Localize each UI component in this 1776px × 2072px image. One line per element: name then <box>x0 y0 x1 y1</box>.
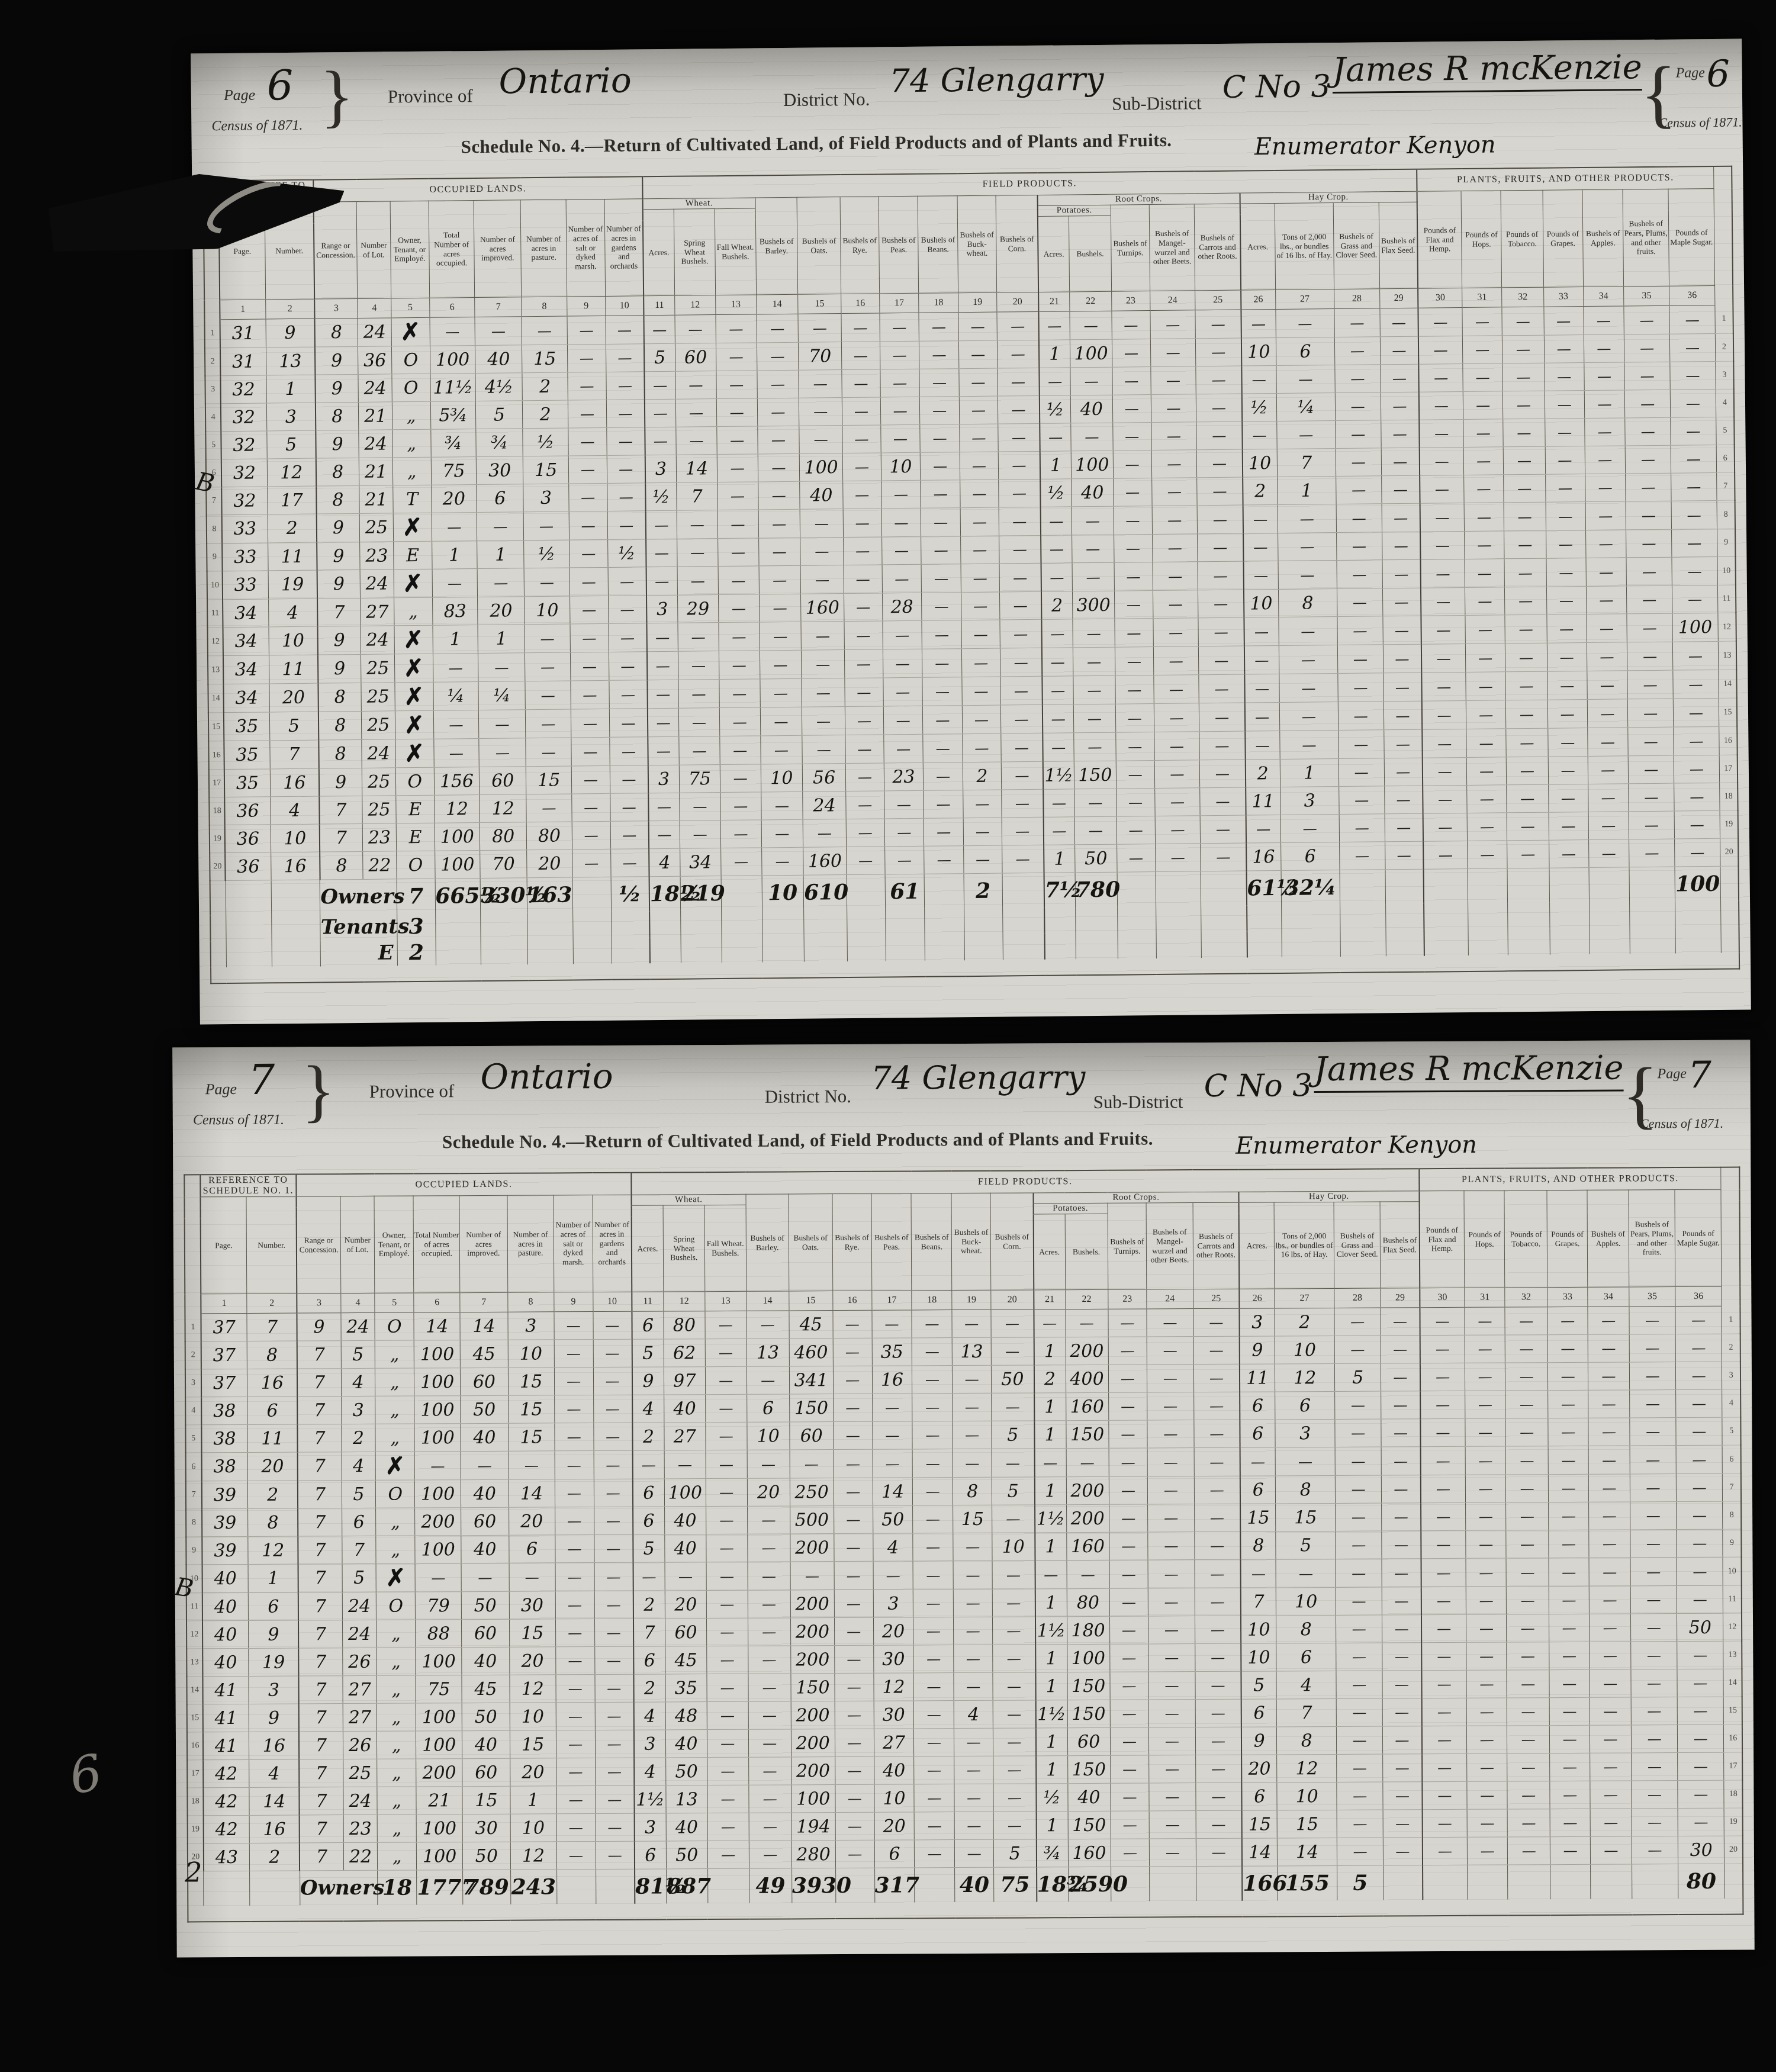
cell: — <box>1632 1809 1678 1836</box>
cell: — <box>1195 1727 1241 1755</box>
cell: 1 <box>477 540 524 569</box>
cell: — <box>567 316 606 345</box>
cell: — <box>608 567 646 596</box>
cell: 10 <box>510 1814 556 1842</box>
totals-cell <box>1003 934 1045 960</box>
cell: — <box>1073 647 1115 676</box>
cell: — <box>1677 1501 1723 1529</box>
cell: — <box>1336 504 1382 533</box>
cell: — <box>1467 813 1507 841</box>
cell: — <box>881 536 921 565</box>
cell: — <box>1275 1447 1335 1475</box>
cell: — <box>1200 787 1246 816</box>
cell: 10 <box>1244 590 1279 618</box>
cell: — <box>1547 1307 1588 1334</box>
cell: 16 <box>872 1366 912 1394</box>
cell: 34 <box>680 848 721 877</box>
cell: 12 <box>510 1842 556 1870</box>
cell: — <box>845 678 883 707</box>
column-header: Bushels of Carrots and other Roots. <box>1193 1202 1240 1289</box>
cell: — <box>912 1310 952 1338</box>
cell: — <box>1590 1809 1632 1836</box>
cell: — <box>922 620 961 649</box>
column-header: Bushels of Buck-wheat. <box>951 1193 991 1290</box>
cell: „ <box>394 597 432 626</box>
cell: 25 <box>343 1759 377 1787</box>
totals-cell <box>847 874 885 909</box>
totals-cell <box>1156 932 1202 958</box>
cell: — <box>596 1841 635 1869</box>
column-number: 31 <box>1465 1288 1505 1307</box>
cell: — <box>1466 1670 1507 1698</box>
cell: — <box>675 399 716 427</box>
cell: „ <box>377 1759 416 1787</box>
cell: — <box>716 371 757 399</box>
row-number-right: 8 <box>1723 1501 1741 1529</box>
cell: — <box>1339 758 1384 787</box>
cell: — <box>606 427 645 456</box>
cell: — <box>1111 1811 1150 1839</box>
totals-cell <box>885 909 925 935</box>
cell: 38 <box>201 1424 247 1452</box>
cell: — <box>1002 817 1044 845</box>
totals-cell <box>1201 906 1247 932</box>
cell: 60 <box>462 1619 509 1647</box>
column-header: Bushels. <box>1069 215 1111 292</box>
cell: 4 <box>268 599 317 627</box>
column-number: 17 <box>871 1291 912 1310</box>
cell: — <box>1588 1334 1629 1362</box>
totals-cell <box>681 937 722 963</box>
cell: 45 <box>462 1675 509 1703</box>
cell: 11 <box>1246 787 1280 816</box>
column-number: 29 <box>1379 288 1418 308</box>
cell: 32 <box>221 487 267 515</box>
cell: — <box>844 593 883 622</box>
row-number-left: 3 <box>185 1369 201 1397</box>
cell: — <box>1385 841 1423 870</box>
cell <box>271 915 320 941</box>
cell: — <box>1421 1670 1466 1698</box>
cell: — <box>1113 451 1151 479</box>
cell: 35 <box>872 1338 912 1366</box>
cell: 10 <box>271 824 320 852</box>
column-number: 12 <box>664 1292 705 1311</box>
cell: — <box>522 316 567 345</box>
cell: — <box>1244 617 1279 646</box>
cell: — <box>1588 1390 1630 1418</box>
cell: 100 <box>1672 613 1718 642</box>
cell: — <box>954 1672 993 1700</box>
cell: 15 <box>1277 1810 1337 1838</box>
cell: — <box>1000 619 1042 648</box>
cell: 5 <box>992 1421 1034 1449</box>
cell: 5 <box>632 1339 664 1367</box>
cell: — <box>1505 700 1547 729</box>
cell: — <box>1070 311 1112 340</box>
cell: — <box>556 1675 595 1703</box>
cell: — <box>1001 733 1043 762</box>
totals-cell <box>1424 929 1469 956</box>
cell: — <box>880 397 920 425</box>
cell: — <box>798 314 841 343</box>
row-number-right: 18 <box>1724 1780 1742 1808</box>
cell: — <box>1280 731 1339 760</box>
cell: — <box>845 706 883 735</box>
right-gutter <box>1713 166 1733 305</box>
cell: — <box>1677 1473 1723 1501</box>
cell: — <box>1507 1726 1550 1754</box>
cell: — <box>953 1393 992 1421</box>
cell: — <box>1195 1616 1241 1643</box>
cell <box>204 1871 250 1906</box>
cell: — <box>479 738 526 767</box>
column-header: Pounds of Maple Sugar. <box>1668 188 1714 286</box>
cell: 60 <box>1067 1727 1110 1755</box>
table-body: 1319824✗———————————————————————————————1… <box>205 305 1740 983</box>
cell: 20 <box>1241 1755 1277 1783</box>
cell: 100 <box>435 850 480 879</box>
column-number: 33 <box>1547 1287 1588 1307</box>
cell: — <box>719 679 760 708</box>
cell: — <box>1504 587 1546 615</box>
cell: — <box>1199 674 1244 703</box>
cell: — <box>1504 474 1546 503</box>
cell: — <box>594 1674 633 1702</box>
row-number-left <box>210 915 226 941</box>
cell: — <box>1198 590 1244 618</box>
cell: — <box>1114 506 1152 535</box>
cell: — <box>1108 1309 1147 1337</box>
cell: 40 <box>462 1647 509 1675</box>
cell: — <box>1150 1839 1196 1867</box>
census-sheet-page-6: Page 6 } Census of 1871. Province of Ont… <box>191 38 1751 1024</box>
cell: 7 <box>298 1508 342 1536</box>
cell: 2 <box>632 1423 664 1450</box>
cell: — <box>992 1505 1035 1533</box>
cell: — <box>913 1533 953 1561</box>
cell: — <box>1632 1753 1678 1781</box>
cell: 8 <box>247 1341 298 1369</box>
column-header: Number of acres improved. <box>474 200 521 298</box>
cell: ¼ <box>478 681 525 710</box>
cell: — <box>1584 390 1625 419</box>
cell: 13 <box>952 1337 991 1365</box>
cell: 100 <box>414 1396 461 1424</box>
cell: — <box>1674 783 1720 811</box>
column-header: Fall Wheat. Bushels. <box>715 208 756 295</box>
cell: — <box>1337 645 1383 674</box>
cell: — <box>993 1617 1035 1645</box>
cell: — <box>1423 813 1468 841</box>
cell: — <box>1631 1642 1677 1669</box>
cell: — <box>1110 1672 1149 1700</box>
totals-cell <box>847 909 886 935</box>
cell: 8 <box>1278 589 1337 617</box>
cell: 8 <box>314 318 358 347</box>
totals-cell: 61½ <box>1246 870 1281 905</box>
cell: „ <box>376 1508 415 1536</box>
cell: 41 <box>203 1732 249 1759</box>
cell: 40 <box>1072 478 1114 507</box>
cell: 7 <box>320 823 363 852</box>
cell: 2 <box>1245 760 1280 788</box>
totals-cell <box>915 1868 955 1903</box>
cell: — <box>525 681 571 710</box>
cell: 60 <box>790 1422 834 1450</box>
cell: 5 <box>993 1839 1036 1867</box>
totals-cell <box>1117 906 1156 933</box>
cell: — <box>1550 1753 1590 1781</box>
cell: — <box>1384 701 1422 730</box>
cell: — <box>1041 507 1072 536</box>
cell: — <box>1244 674 1279 703</box>
cell: — <box>1154 703 1199 732</box>
cell: 28 <box>882 593 922 621</box>
cell: — <box>1550 1836 1591 1864</box>
cell: — <box>1066 1309 1108 1337</box>
cell: — <box>993 1812 1036 1839</box>
cell: 4 <box>634 1758 666 1785</box>
cell: — <box>595 1758 634 1785</box>
cell: 40 <box>461 1423 508 1451</box>
cell: 7 <box>297 1397 341 1424</box>
cell: — <box>1677 1557 1723 1585</box>
cell: 50 <box>1075 844 1117 873</box>
cell: — <box>1153 562 1198 591</box>
cell: 27 <box>874 1729 914 1756</box>
cell: — <box>1066 1448 1109 1476</box>
cell: 9 <box>317 542 360 570</box>
totals-cell <box>596 1869 635 1904</box>
column-number: 9 <box>567 296 606 316</box>
cell: — <box>921 564 961 593</box>
cell: — <box>1382 1698 1421 1726</box>
cell: 100 <box>1067 1644 1109 1672</box>
cell: — <box>881 508 921 537</box>
cell: — <box>993 1728 1036 1756</box>
cell: 1 <box>1280 759 1339 787</box>
cell: — <box>760 735 802 764</box>
cell: 8 <box>316 485 359 514</box>
cell: — <box>873 1561 913 1590</box>
row-number-left: 17 <box>209 770 225 797</box>
cell: 6 <box>635 1841 667 1869</box>
cell: 24 <box>342 1592 377 1620</box>
cell: — <box>594 1534 633 1562</box>
cell: 9 <box>317 513 360 542</box>
cell: 1½ <box>1043 761 1074 790</box>
cell: 9 <box>315 374 358 403</box>
cell: — <box>609 709 648 738</box>
cell: 16 <box>271 852 320 880</box>
cell: — <box>571 709 609 738</box>
cell: 19 <box>268 570 317 599</box>
cell: 5 <box>644 343 675 372</box>
cell: — <box>606 316 644 345</box>
cell: — <box>607 455 645 484</box>
group-hay-crop: Hay Crop. <box>1239 1191 1420 1202</box>
cell: — <box>433 653 478 682</box>
cell: — <box>1336 1503 1382 1531</box>
cell: — <box>1466 1558 1506 1587</box>
cell: — <box>913 1590 954 1617</box>
cell: 50 <box>666 1758 707 1785</box>
cell: — <box>998 479 1040 507</box>
totals-cell: 100 <box>1675 866 1720 901</box>
cell: 4 <box>1276 1671 1336 1698</box>
cell: — <box>1550 1781 1590 1809</box>
cell: — <box>1278 504 1337 533</box>
cell: ½ <box>607 539 646 568</box>
cell: — <box>555 1619 594 1647</box>
cell: 32 <box>221 375 266 404</box>
totals-cell <box>1340 904 1385 931</box>
cell: ½ <box>1036 1784 1068 1812</box>
cell: — <box>720 764 761 793</box>
row-number-right: 10 <box>1717 556 1736 585</box>
cell: 38 <box>201 1397 247 1424</box>
column-header: Total Number of acres occupied. <box>429 201 475 298</box>
cell: T <box>393 485 432 513</box>
cell: — <box>1154 760 1200 789</box>
cell: — <box>1549 1614 1590 1642</box>
cell: — <box>1590 1697 1631 1725</box>
group-reference: Reference to Schedule No. 1. <box>200 1175 297 1197</box>
cell: — <box>761 819 803 848</box>
cell: — <box>747 1366 789 1394</box>
totals-cell <box>1156 906 1201 932</box>
column-header: Pounds of Flax and Hemp. <box>1417 191 1462 289</box>
cell: 150 <box>1068 1811 1111 1839</box>
cell: — <box>1384 729 1422 758</box>
cell: — <box>1199 703 1245 732</box>
cell: — <box>1585 530 1626 558</box>
cell: 25 <box>361 683 395 712</box>
cell: 2 <box>522 372 568 401</box>
cell: — <box>924 818 964 847</box>
group-occupied-lands: Occupied Lands. <box>297 1173 632 1196</box>
cell: — <box>707 1674 748 1701</box>
cell: — <box>998 368 1040 396</box>
cell: — <box>594 1646 633 1674</box>
cell: — <box>748 1618 790 1646</box>
cell: — <box>1420 1307 1465 1335</box>
row-number-left: 19 <box>188 1816 204 1843</box>
cell: — <box>1109 1448 1148 1476</box>
row-number-right: 16 <box>1719 726 1738 755</box>
totals-cell <box>573 912 612 938</box>
cell: — <box>1507 1614 1549 1642</box>
totals-cell: 166 <box>1242 1866 1278 1901</box>
totals-cell <box>1468 868 1507 903</box>
cell: — <box>570 596 609 624</box>
cell: — <box>665 1562 706 1591</box>
cell: — <box>433 710 479 739</box>
row-number-right <box>1721 927 1739 953</box>
cell: 1 <box>248 1564 298 1592</box>
cell: 4 <box>954 1700 993 1728</box>
cell: 5 <box>1241 1671 1277 1699</box>
cell: — <box>1117 844 1155 873</box>
cell: 200 <box>415 1508 461 1536</box>
cell: — <box>1109 1616 1148 1644</box>
cell: 5 <box>633 1534 665 1562</box>
cell: — <box>1115 619 1153 648</box>
cell: 100 <box>435 822 480 851</box>
cell: — <box>594 1591 633 1619</box>
cell: 26 <box>343 1731 377 1759</box>
totals-cell: 2 <box>964 873 1002 908</box>
cell: — <box>1545 363 1584 391</box>
cell: — <box>1464 503 1504 532</box>
cell: — <box>1381 1336 1420 1363</box>
cell: — <box>802 650 845 679</box>
cell: — <box>1508 1837 1550 1865</box>
cell: 24 <box>341 1312 375 1340</box>
cell: — <box>1463 419 1503 448</box>
cell: — <box>1194 1504 1240 1532</box>
row-number-right: 12 <box>1723 1613 1742 1641</box>
cell: — <box>1671 472 1717 501</box>
row-number-left: 8 <box>207 515 223 543</box>
cell: — <box>570 567 608 596</box>
cell: — <box>1628 699 1674 728</box>
totals-cell: 610 <box>803 875 847 910</box>
cell: 200 <box>791 1701 835 1729</box>
cell: — <box>593 1339 632 1367</box>
cell: — <box>477 512 523 541</box>
cell: 50 <box>666 1841 707 1869</box>
totals-cell <box>481 912 527 939</box>
column-number: 29 <box>1381 1288 1420 1308</box>
cell: 400 <box>1066 1365 1108 1392</box>
cell: — <box>758 481 800 510</box>
column-header: Bushels of Barley. <box>755 197 798 295</box>
totals-cell <box>650 937 681 964</box>
row-number-right: 3 <box>1722 1362 1740 1389</box>
cell: — <box>645 399 676 427</box>
cell: — <box>1547 1334 1588 1362</box>
cell: — <box>1678 1780 1724 1808</box>
cell: — <box>998 395 1040 424</box>
cell: 42 <box>203 1759 249 1787</box>
cell: 50 <box>1677 1613 1723 1641</box>
cell: — <box>880 341 919 369</box>
totals-cell: 75 <box>994 1867 1037 1902</box>
cell: — <box>834 1590 873 1617</box>
cell: — <box>1507 1670 1549 1698</box>
group-occupied-lands: Occupied Lands. <box>313 176 642 202</box>
cell: 4 <box>632 1395 664 1423</box>
row-number-left <box>211 941 227 967</box>
cell: — <box>1590 1614 1631 1642</box>
cell: — <box>1196 1810 1242 1838</box>
cell: — <box>799 426 842 454</box>
cell: — <box>1334 308 1380 337</box>
cell: — <box>594 1619 633 1646</box>
page-number: 6 <box>266 61 293 110</box>
cell: — <box>954 1756 993 1784</box>
cell: — <box>1626 557 1672 586</box>
cell: — <box>1503 446 1545 475</box>
cell: O <box>391 346 430 374</box>
cell: — <box>1504 530 1546 559</box>
cell: — <box>993 1784 1036 1812</box>
cell: — <box>833 1394 872 1421</box>
cell: 35 <box>224 769 270 797</box>
cell: — <box>790 1450 834 1478</box>
